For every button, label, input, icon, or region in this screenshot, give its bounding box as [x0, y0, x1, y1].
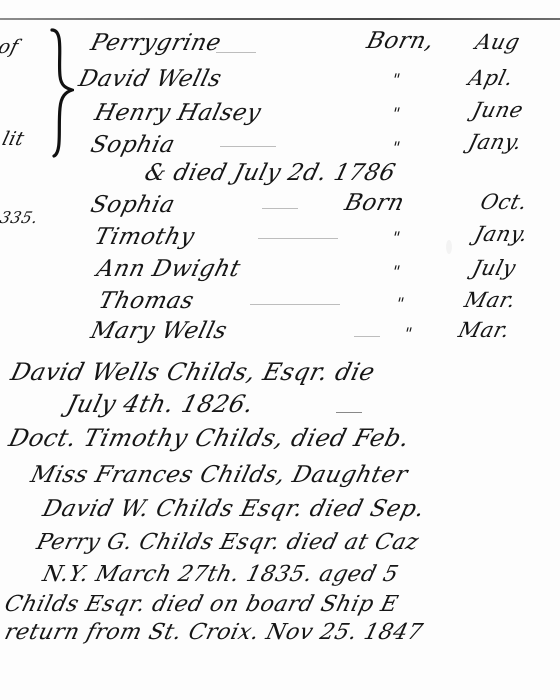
top-ruled-line: [0, 18, 560, 20]
child-name-sophia-2: Sophia: [88, 192, 178, 218]
child-name-thomas: Thomas: [96, 288, 197, 314]
child-name-perrygrine: Perrygrine: [88, 30, 224, 56]
birth-date: Jany.: [466, 130, 525, 154]
death-note-perry-g-childs: Perry G. Childs Esqr. died at Caz: [34, 530, 421, 555]
death-note-david-w-childs: David W. Childs Esqr. died Sep.: [40, 496, 427, 522]
birth-date: Aug: [473, 30, 523, 54]
sophia-death-note: & died July 2d. 1786: [142, 160, 398, 186]
ditto-mark: ": [390, 228, 403, 247]
margin-note-lit: lit: [0, 128, 27, 150]
death-note-doct-timothy-childs: Doct. Timothy Childs, died Feb.: [6, 424, 413, 452]
dash-rule: [336, 412, 362, 413]
dash-rule: [354, 336, 380, 337]
margin-note-year: 335.: [0, 208, 40, 227]
dash-rule: [262, 208, 298, 209]
death-note-david-wells-childs: David Wells Childs, Esqr. die: [8, 358, 378, 386]
birth-date: Jany.: [472, 222, 531, 246]
birth-date: Oct.: [478, 190, 530, 214]
death-note-died-on-board-ship: Childs Esqr. died on board Ship E: [2, 592, 401, 617]
death-note-return-from-st-croix: return from St. Croix. Nov 25. 1847: [2, 620, 426, 645]
child-name-ann-dwight: Ann Dwight: [94, 256, 243, 282]
ditto-mark: ": [390, 70, 403, 89]
scan-blemish: [164, 238, 174, 243]
birth-date: June: [470, 98, 526, 122]
death-note-miss-frances-childs: Miss Frances Childs, Daughter: [28, 462, 411, 488]
birth-date: Mar.: [462, 288, 518, 312]
document-page: of lit 335. Perrygrine Born, Aug David W…: [0, 0, 560, 700]
curly-brace-icon: [44, 28, 74, 158]
child-name-sophia: Sophia: [88, 132, 178, 158]
child-name-timothy: Timothy: [92, 224, 197, 250]
ditto-mark: ": [390, 138, 403, 157]
dash-rule: [250, 304, 340, 305]
event-born: Born: [342, 190, 407, 216]
margin-note-of: of: [0, 36, 21, 58]
ditto-mark: ": [390, 262, 403, 281]
child-name-mary-wells: Mary Wells: [88, 318, 230, 344]
dash-rule: [258, 238, 338, 239]
child-name-henry-halsey: Henry Halsey: [92, 100, 264, 126]
death-note-march-1835: N.Y. March 27th. 1835. aged 5: [40, 562, 401, 587]
dash-rule: [216, 52, 256, 53]
dash-rule: [220, 146, 276, 147]
child-name-david-wells: David Wells: [76, 66, 224, 92]
ditto-mark: ": [390, 104, 403, 123]
birth-date: Apl.: [466, 66, 516, 90]
ditto-mark: ": [394, 294, 407, 313]
ditto-mark: ": [402, 324, 415, 343]
event-born: Born,: [364, 28, 437, 54]
birth-date: July: [470, 256, 519, 280]
scan-blemish: [446, 240, 452, 254]
birth-date: Mar.: [456, 318, 512, 342]
death-note-date-1826: July 4th. 1826.: [64, 390, 257, 418]
